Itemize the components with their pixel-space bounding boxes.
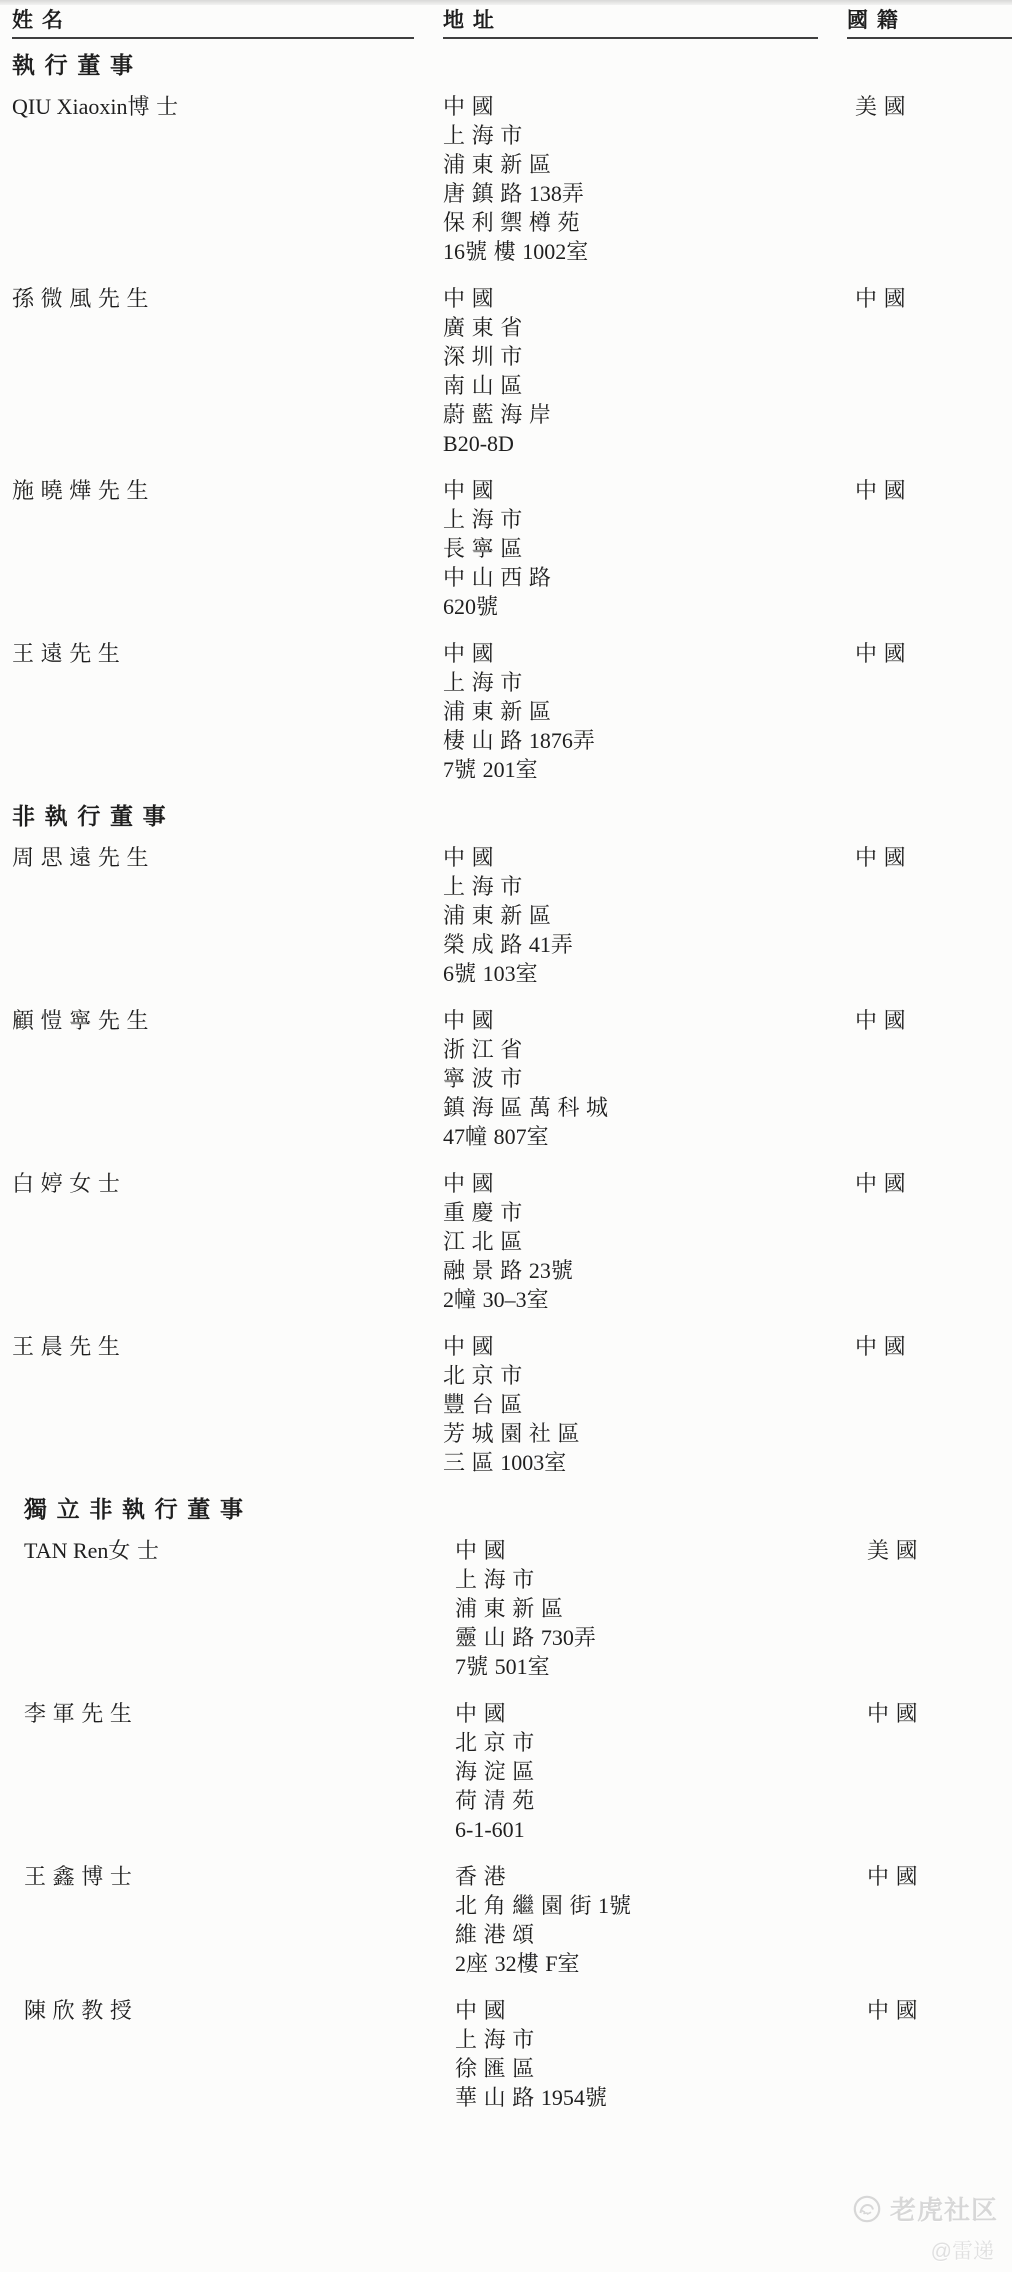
address-line: 中山西路: [443, 563, 847, 592]
address-lines: 中國上海市浦東新區榮成路41弄6號103室: [443, 843, 847, 988]
address-line: 華山路1954號: [455, 2083, 859, 2112]
address-line: 荷清苑: [455, 1786, 859, 1815]
nationality: 美國: [847, 92, 1012, 266]
address-line: 徐匯區: [455, 2054, 859, 2083]
address-line: 廣東省: [443, 313, 847, 342]
address-line: 融景路23號: [443, 1256, 847, 1285]
table-row: 施曉燁先生 中國上海市長寧區中山西路620號 中國: [12, 476, 1012, 621]
watermark-brand-row: 老虎社区: [848, 2190, 998, 2227]
address-line: B20-8D: [443, 429, 847, 458]
address-line: 47幢807室: [443, 1122, 847, 1151]
address-line: 中國: [443, 1169, 847, 1198]
column-underline-nationality: 國籍: [847, 9, 1012, 39]
address-line: 重慶市: [443, 1198, 847, 1227]
address-line: 上海市: [443, 872, 847, 901]
address-line: 中國: [443, 1006, 847, 1035]
director-name: 顧愷寧先生: [12, 1006, 443, 1151]
address-line: 棲山路1876弄: [443, 726, 847, 755]
nationality: 中國: [847, 1332, 1012, 1477]
address-lines: 中國重慶市江北區融景路23號2幢30–3室: [443, 1169, 847, 1314]
director-name: 王遠先生: [12, 639, 443, 784]
watermark-author: @雷递: [848, 2235, 998, 2265]
address-line: 維港頌: [455, 1920, 859, 1949]
column-header-address: 地址: [443, 8, 503, 32]
address-lines: 中國廣東省深圳市南山區蔚藍海岸B20-8D: [443, 284, 847, 458]
address-line: 6-1-601: [455, 1815, 859, 1844]
director-name: 陳欣教授: [24, 1996, 455, 2112]
address-line: 中國: [443, 1332, 847, 1361]
nationality: 中國: [859, 1862, 1012, 1978]
director-name: TAN Ren女士: [24, 1536, 455, 1681]
table-row: 李軍先生 中國北京市海淀區荷清苑6-1-601 中國: [24, 1699, 1012, 1844]
section-rows: QIU Xiaoxin博士 中國上海市浦東新區唐鎮路138弄保利禦樽苑16號樓1…: [12, 92, 1012, 784]
nationality: 中國: [847, 639, 1012, 784]
column-underline-address: 地址: [443, 9, 818, 39]
address-lines: 中國上海市浦東新區靈山路730弄7號501室: [455, 1536, 859, 1681]
table-row: 白婷女士 中國重慶市江北區融景路23號2幢30–3室 中國: [12, 1169, 1012, 1314]
director-section: 獨立非執行董事 TAN Ren女士 中國上海市浦東新區靈山路730弄7號501室…: [12, 1495, 1012, 2112]
director-section: 非執行董事 周思遠先生 中國上海市浦東新區榮成路41弄6號103室 中國 顧愷寧…: [12, 802, 1012, 1477]
nationality: 中國: [847, 1006, 1012, 1151]
address-line: 芳城園社區: [443, 1419, 847, 1448]
address-line: 鎮海區萬科城: [443, 1093, 847, 1122]
director-name: 施曉燁先生: [12, 476, 443, 621]
address-line: 上海市: [455, 2025, 859, 2054]
address-line: 北京市: [443, 1361, 847, 1390]
column-header-cell-name: 姓名: [12, 9, 443, 39]
address-line: 唐鎮路138弄: [443, 179, 847, 208]
director-name: 王鑫博士: [24, 1862, 455, 1978]
address-line: 16號樓1002室: [443, 237, 847, 266]
address-line: 中國: [443, 284, 847, 313]
table-row: 周思遠先生 中國上海市浦東新區榮成路41弄6號103室 中國: [12, 843, 1012, 988]
address-line: 浦東新區: [443, 901, 847, 930]
address-line: 上海市: [455, 1565, 859, 1594]
address-line: 中國: [443, 639, 847, 668]
table-body: 執行董事 QIU Xiaoxin博士 中國上海市浦東新區唐鎮路138弄保利禦樽苑…: [12, 51, 1012, 2112]
address-lines: 中國上海市長寧區中山西路620號: [443, 476, 847, 621]
director-section: 執行董事 QIU Xiaoxin博士 中國上海市浦東新區唐鎮路138弄保利禦樽苑…: [12, 51, 1012, 784]
table-header: 姓名 地址 國籍: [12, 9, 1012, 39]
section-rows: TAN Ren女士 中國上海市浦東新區靈山路730弄7號501室 美國 李軍先生…: [24, 1536, 1012, 2112]
address-line: 浦東新區: [455, 1594, 859, 1623]
nationality: 中國: [847, 1169, 1012, 1314]
address-line: 中國: [455, 1536, 859, 1565]
address-line: 中國: [455, 1699, 859, 1728]
address-line: 6號103室: [443, 959, 847, 988]
address-line: 靈山路730弄: [455, 1623, 859, 1652]
nationality: 中國: [847, 843, 1012, 988]
director-name: 孫微風先生: [12, 284, 443, 458]
address-line: 三區1003室: [443, 1448, 847, 1477]
address-lines: 中國上海市徐匯區華山路1954號: [455, 1996, 859, 2112]
table-row: 陳欣教授 中國上海市徐匯區華山路1954號 中國: [24, 1996, 1012, 2112]
address-line: 榮成路41弄: [443, 930, 847, 959]
column-header-cell-nationality: 國籍: [847, 9, 1012, 39]
director-name: 白婷女士: [12, 1169, 443, 1314]
section-title: 執行董事: [12, 51, 1012, 80]
director-name: 王晨先生: [12, 1332, 443, 1477]
section-title: 非執行董事: [12, 802, 1012, 831]
address-lines: 中國上海市浦東新區棲山路1876弄7號201室: [443, 639, 847, 784]
director-name: 周思遠先生: [12, 843, 443, 988]
address-lines: 中國浙江省寧波市鎮海區萬科城47幢807室: [443, 1006, 847, 1151]
director-name: 李軍先生: [24, 1699, 455, 1844]
address-line: 浦東新區: [443, 150, 847, 179]
column-underline-name: 姓名: [12, 9, 414, 39]
address-line: 香港: [455, 1862, 859, 1891]
watermark: 老虎社区 @雷递: [848, 2190, 998, 2265]
nationality: 中國: [859, 1699, 1012, 1844]
table-row: 王鑫博士 香港北角繼園街1號維港頌2座32樓F室 中國: [24, 1862, 1012, 1978]
address-line: 江北區: [443, 1227, 847, 1256]
table-row: 王晨先生 中國北京市豐台區芳城園社區三區1003室 中國: [12, 1332, 1012, 1477]
address-line: 北角繼園街1號: [455, 1891, 859, 1920]
address-line: 南山區: [443, 371, 847, 400]
address-line: 中國: [443, 843, 847, 872]
nationality: 中國: [859, 1996, 1012, 2112]
address-line: 中國: [443, 92, 847, 121]
address-lines: 香港北角繼園街1號維港頌2座32樓F室: [455, 1862, 859, 1978]
address-line: 上海市: [443, 505, 847, 534]
address-line: 保利禦樽苑: [443, 208, 847, 237]
address-line: 長寧區: [443, 534, 847, 563]
address-line: 豐台區: [443, 1390, 847, 1419]
address-lines: 中國北京市豐台區芳城園社區三區1003室: [443, 1332, 847, 1477]
address-line: 浙江省: [443, 1035, 847, 1064]
column-header-cell-address: 地址: [443, 9, 847, 39]
table-row: 顧愷寧先生 中國浙江省寧波市鎮海區萬科城47幢807室 中國: [12, 1006, 1012, 1151]
watermark-community-name: 老虎社区: [890, 2190, 998, 2227]
address-lines: 中國北京市海淀區荷清苑6-1-601: [455, 1699, 859, 1844]
column-header-nationality: 國籍: [847, 8, 907, 32]
nationality: 中國: [847, 284, 1012, 458]
address-line: 深圳市: [443, 342, 847, 371]
director-name: QIU Xiaoxin博士: [12, 92, 443, 266]
tiger-logo-icon: [852, 2194, 882, 2224]
address-line: 620號: [443, 592, 847, 621]
prospectus-page: 姓名 地址 國籍 執行董事 QIU Xiaoxin博士 中國上海市浦東新區唐鎮路…: [0, 0, 1012, 2272]
address-lines: 中國上海市浦東新區唐鎮路138弄保利禦樽苑16號樓1002室: [443, 92, 847, 266]
address-line: 蔚藍海岸: [443, 400, 847, 429]
address-line: 寧波市: [443, 1064, 847, 1093]
address-line: 上海市: [443, 668, 847, 697]
address-line: 北京市: [455, 1728, 859, 1757]
address-line: 中國: [455, 1996, 859, 2025]
address-line: 2幢30–3室: [443, 1285, 847, 1314]
address-line: 浦東新區: [443, 697, 847, 726]
column-header-name: 姓名: [12, 8, 72, 32]
address-line: 海淀區: [455, 1757, 859, 1786]
address-line: 上海市: [443, 121, 847, 150]
address-line: 7號501室: [455, 1652, 859, 1681]
address-line: 中國: [443, 476, 847, 505]
address-line: 2座32樓F室: [455, 1949, 859, 1978]
table-row: TAN Ren女士 中國上海市浦東新區靈山路730弄7號501室 美國: [24, 1536, 1012, 1681]
table-row: 孫微風先生 中國廣東省深圳市南山區蔚藍海岸B20-8D 中國: [12, 284, 1012, 458]
nationality: 中國: [847, 476, 1012, 621]
address-line: 7號201室: [443, 755, 847, 784]
section-rows: 周思遠先生 中國上海市浦東新區榮成路41弄6號103室 中國 顧愷寧先生 中國浙…: [12, 843, 1012, 1477]
table-row: QIU Xiaoxin博士 中國上海市浦東新區唐鎮路138弄保利禦樽苑16號樓1…: [12, 92, 1012, 266]
table-row: 王遠先生 中國上海市浦東新區棲山路1876弄7號201室 中國: [12, 639, 1012, 784]
section-title: 獨立非執行董事: [24, 1495, 1012, 1524]
nationality: 美國: [859, 1536, 1012, 1681]
